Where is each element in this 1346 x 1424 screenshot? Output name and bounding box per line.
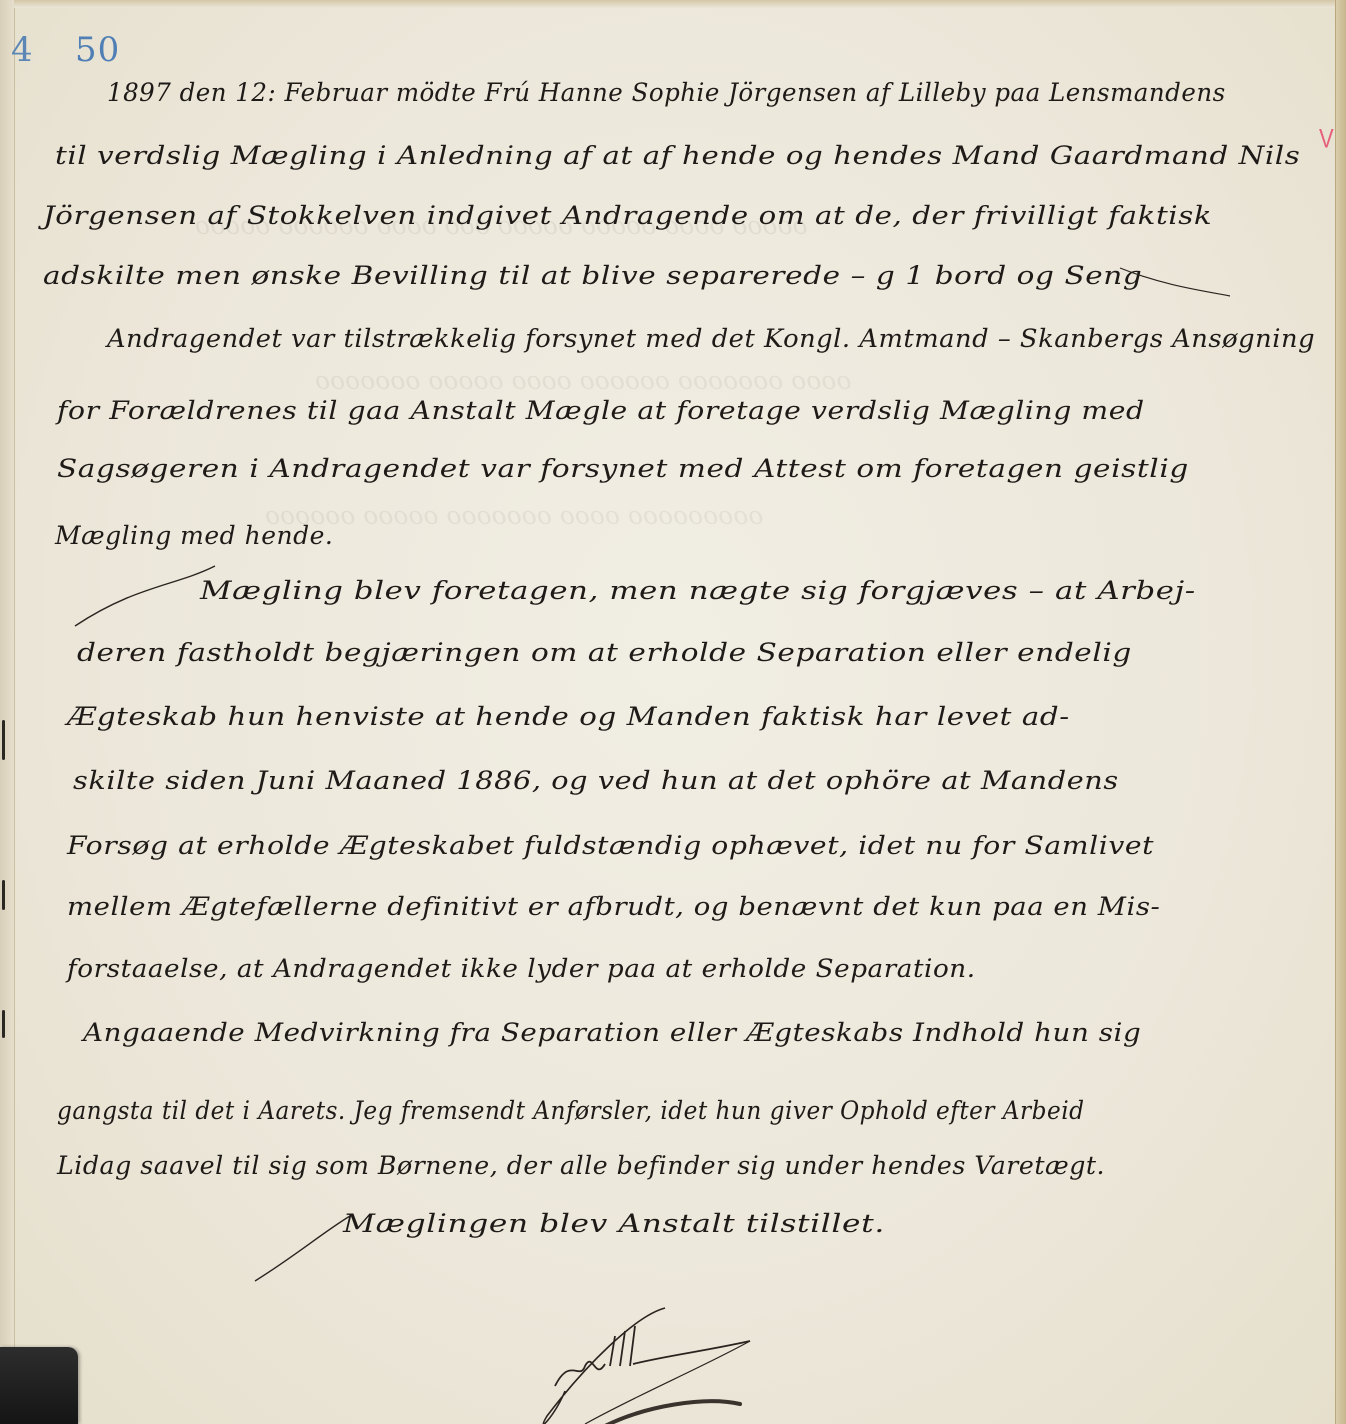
previous-page-edge [0, 0, 15, 1424]
previous-page-ink [2, 880, 5, 910]
page-right-edge [1335, 0, 1346, 1424]
page-top-edge [14, 0, 1336, 8]
register-page: ooooo oooo ooooo ooooo ooo oooo oooooo o… [0, 0, 1346, 1424]
binder-clip [0, 1347, 78, 1424]
previous-page-ink [2, 720, 5, 760]
pen-flourishes [15, 6, 1335, 1424]
paper-sheet: ooooo oooo ooooo ooooo ooo oooo oooooo o… [15, 6, 1335, 1424]
previous-page-ink [2, 1010, 5, 1038]
